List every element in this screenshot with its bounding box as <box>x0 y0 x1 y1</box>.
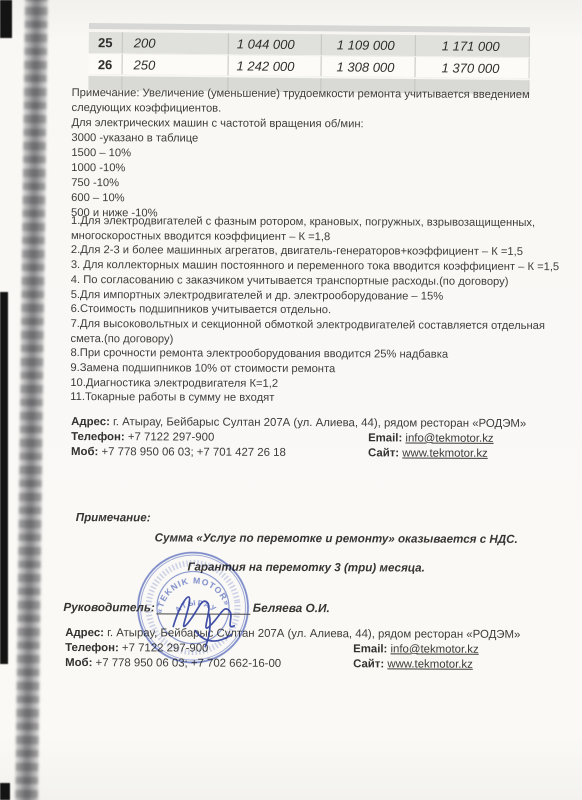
address-label: Адрес: <box>71 416 110 428</box>
website-label: Сайт: <box>353 658 384 670</box>
note-item: 1.Для электродвигателей с фазным ротором… <box>71 214 571 246</box>
footer-note-label: Примечание: <box>76 511 151 524</box>
note-intro-block: Примечание: Увеличение (уменьшение) труд… <box>71 86 572 223</box>
website-link[interactable]: www.tekmotor.kz <box>387 658 473 670</box>
mobile-label: Моб: <box>65 657 92 669</box>
website-link[interactable]: www.tekmotor.kz <box>402 447 488 459</box>
rpm-item: 3000 -указано в таблице <box>71 131 571 148</box>
email-line: Email: info@tekmotor.kz <box>368 431 494 447</box>
address-label: Адрес: <box>65 627 104 639</box>
website-line: Сайт: www.tekmotor.kz <box>368 446 488 462</box>
coefficient-notes-list: 1.Для электродвигателей с фазным ротором… <box>70 214 571 407</box>
handwritten-signature <box>165 584 257 655</box>
mobile-line: Моб: +7 778 950 06 03; +7 702 662-16-00 … <box>65 656 565 673</box>
note-item: 4. По согласованию с заказчиком учитывае… <box>71 273 571 290</box>
phone-label: Телефон: <box>71 431 125 443</box>
note-item: 7.Для высоковольтных и секционной обмотк… <box>70 317 570 349</box>
email-label: Email: <box>353 643 387 655</box>
scan-black-edge-bottom <box>0 783 10 800</box>
signer-name: Беляева О.И. <box>253 601 330 615</box>
phone-label: Телефон: <box>65 642 119 654</box>
email-label: Email: <box>368 432 402 444</box>
phone-value: +7 7122 297-900 <box>125 431 215 443</box>
mobile-line: Моб: +7 778 950 06 03; +7 701 427 26 18 … <box>71 445 571 462</box>
email-link[interactable]: info@tekmotor.kz <box>405 432 493 444</box>
scanned-document-page: 25 200 1 044 000 1 109 000 1 171 000 26 … <box>0 0 582 800</box>
role-label: Руководитель: <box>63 600 155 614</box>
email-link[interactable]: info@tekmotor.kz <box>391 643 479 655</box>
address-value: г. Атырау, Бейбарыс Султан 207А (ул. Али… <box>110 416 526 430</box>
website-line: Сайт: www.tekmotor.kz <box>353 657 473 673</box>
scan-black-edge-middle <box>0 292 8 664</box>
contact-block-top: Адрес: г. Атырау, Бейбарыс Султан 207А (… <box>71 415 571 462</box>
mobile-label: Моб: <box>71 446 98 458</box>
vat-note: Сумма «Услуг по перемотке и ремонту» ока… <box>155 531 518 546</box>
note-item: 11.Токарные работы в сумму не входят <box>70 390 570 407</box>
website-label: Сайт: <box>368 447 399 459</box>
scan-black-edge-top <box>0 0 12 38</box>
email-line: Email: info@tekmotor.kz <box>353 642 479 658</box>
mobile-value: +7 778 950 06 03; +7 701 427 26 18 <box>98 446 286 459</box>
note-intro-text: Примечание: Увеличение (уменьшение) труд… <box>71 86 571 118</box>
